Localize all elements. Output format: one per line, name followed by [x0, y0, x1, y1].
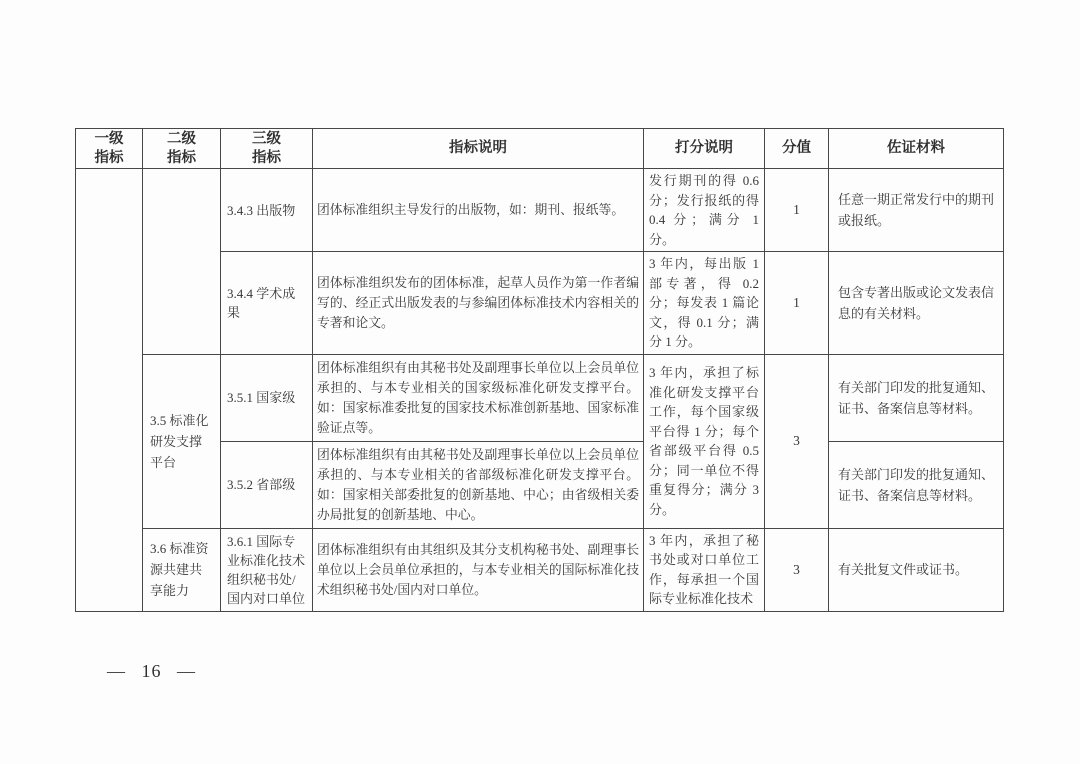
- cell-level2-36: 3.6 标准资 源共建共 享能力: [143, 528, 221, 611]
- cell-scoring-343: 发行期刊的得 0.6 分；发行报纸的得 0.4 分；满分 1 分。: [644, 169, 765, 252]
- cell-level2-35: 3.5 标准化 研发支撑 平台: [143, 354, 221, 528]
- header-indicator-description: 指标说明: [313, 129, 644, 169]
- cell-scoring-344: 3 年内，每出版 1 部专著，得 0.2 分；每发表 1 篇论文，得 0.1 分…: [644, 252, 765, 355]
- cell-description-361: 团体标准组织有由其组织及其分支机构秘书处、副理事长单位以上会员单位承担的，与本专…: [313, 528, 644, 611]
- cell-evidence-361: 有关批复文件或证书。: [829, 528, 1004, 611]
- cell-scoring-361: 3 年内，承担了秘书处或对口单位工作，每承担一个国际专业标准化技术: [644, 528, 765, 611]
- indicator-table: 一级 指标 二级 指标 三级 指标 指标说明 打分说明 分值 佐证材料 3.4.…: [75, 128, 1004, 612]
- cell-level2-blank: [143, 169, 221, 355]
- cell-evidence-343: 任意一期正常发行中的期刊或报纸。: [829, 169, 1004, 252]
- cell-score-344: 1: [765, 252, 829, 355]
- table-row-361: 3.6 标准资 源共建共 享能力 3.6.1 国际专 业标准化技术 组织秘书处/…: [76, 528, 1004, 611]
- page-number: — 16 —: [107, 661, 196, 682]
- cell-level3-361: 3.6.1 国际专 业标准化技术 组织秘书处/ 国内对口单位: [221, 528, 313, 611]
- header-level3-indicator: 三级 指标: [221, 129, 313, 169]
- header-score-value: 分值: [765, 129, 829, 169]
- cell-level3-344: 3.4.4 学术成 果: [221, 252, 313, 355]
- cell-description-351: 团体标准组织有由其秘书处及副理事长单位以上会员单位承担的、与本专业相关的国家级标…: [313, 354, 644, 441]
- cell-level3-351: 3.5.1 国家级: [221, 354, 313, 441]
- cell-evidence-344: 包含专著出版或论文发表信息的有关材料。: [829, 252, 1004, 355]
- header-level1-indicator: 一级 指标: [76, 129, 143, 169]
- table-row-343: 3.4.3 出版物 团体标准组织主导发行的出版物，如：期刊、报纸等。 发行期刊的…: [76, 169, 1004, 252]
- cell-description-343: 团体标准组织主导发行的出版物，如：期刊、报纸等。: [313, 169, 644, 252]
- cell-evidence-352: 有关部门印发的批复通知、证书、备案信息等材料。: [829, 441, 1004, 528]
- cell-evidence-351: 有关部门印发的批复通知、证书、备案信息等材料。: [829, 354, 1004, 441]
- cell-level3-343: 3.4.3 出版物: [221, 169, 313, 252]
- cell-level3-352: 3.5.2 省部级: [221, 441, 313, 528]
- header-row: 一级 指标 二级 指标 三级 指标 指标说明 打分说明 分值 佐证材料: [76, 129, 1004, 169]
- cell-score-343: 1: [765, 169, 829, 252]
- cell-score-361: 3: [765, 528, 829, 611]
- header-scoring-description: 打分说明: [644, 129, 765, 169]
- document-page: 一级 指标 二级 指标 三级 指标 指标说明 打分说明 分值 佐证材料 3.4.…: [0, 0, 1080, 764]
- cell-level1-blank: [76, 169, 143, 612]
- header-supporting-material: 佐证材料: [829, 129, 1004, 169]
- header-level2-indicator: 二级 指标: [143, 129, 221, 169]
- table-row-351: 3.5 标准化 研发支撑 平台 3.5.1 国家级 团体标准组织有由其秘书处及副…: [76, 354, 1004, 441]
- cell-description-344: 团体标准组织发布的团体标准，起草人员作为第一作者编写的、经正式出版发表的与参编团…: [313, 252, 644, 355]
- cell-description-352: 团体标准组织有由其秘书处及副理事长单位以上会员单位承担的、与本专业相关的省部级标…: [313, 441, 644, 528]
- cell-scoring-35: 3 年内，承担了标准化研发支撑平台工作，每个国家级平台得 1 分；每个省部级平台…: [644, 354, 765, 528]
- cell-score-35: 3: [765, 354, 829, 528]
